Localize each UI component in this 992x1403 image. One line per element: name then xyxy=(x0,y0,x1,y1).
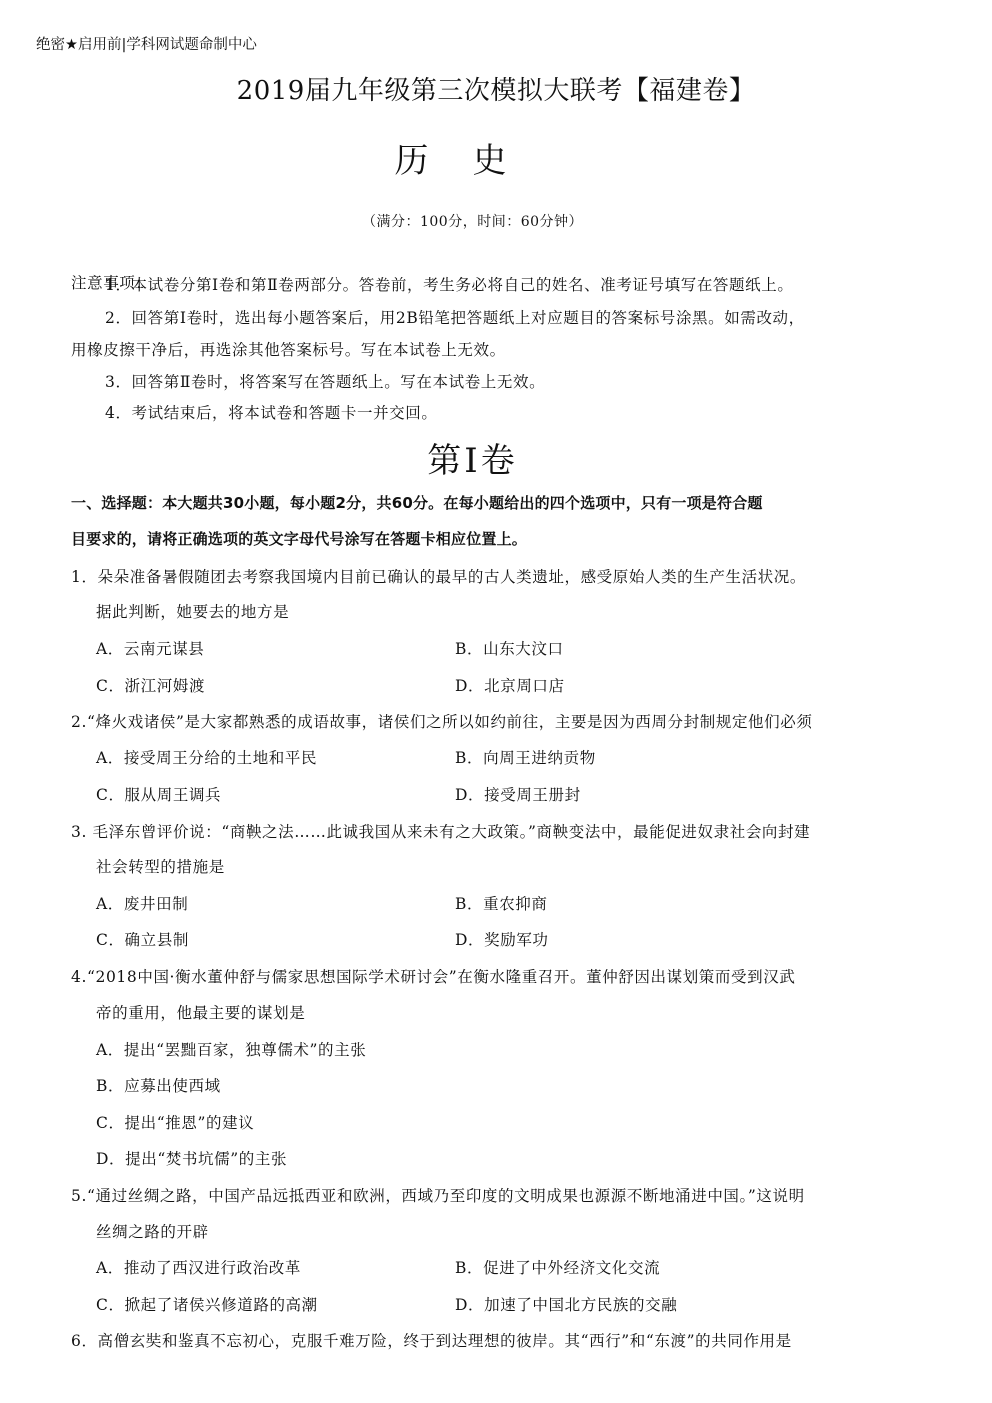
question-3-option-a[interactable]: A．废井田制 xyxy=(96,892,188,914)
question-3-stem: 3. 毛泽东曾评价说：“商鞅之法……此诚我国从来未有之大政策。”商鞅变法中，最能… xyxy=(71,820,810,842)
question-5-stem-cont: 丝绸之路的开辟 xyxy=(96,1220,209,1242)
question-4-option-a[interactable]: A．提出“罢黜百家，独尊儒术”的主张 xyxy=(96,1038,366,1060)
question-5-option-d[interactable]: D．加速了中国北方民族的交融 xyxy=(455,1293,677,1315)
subject-title: 历史 xyxy=(0,133,945,182)
question-5-option-c[interactable]: C．掀起了诸侯兴修道路的高潮 xyxy=(96,1293,318,1315)
question-2-option-d[interactable]: D．接受周王册封 xyxy=(455,783,581,805)
question-2-stem: 2.“烽火戏诸侯”是大家都熟悉的成语故事，诸侯们之所以如约前往，主要是因为西周分… xyxy=(71,710,812,732)
section-instruction-2: 目要求的，请将正确选项的英文字母代号涂写在答题卡相应位置上。 xyxy=(71,528,527,549)
notice-item-2: 2．回答第Ⅰ卷时，选出每小题答案后，用2B铅笔把答题纸上对应题目的答案标号涂黑。… xyxy=(105,306,805,328)
question-1-option-b[interactable]: B．山东大汶口 xyxy=(455,637,564,659)
question-4-option-b[interactable]: B．应募出使西域 xyxy=(96,1074,221,1096)
question-1-option-a[interactable]: A．云南元谋县 xyxy=(96,637,204,659)
question-5-option-b[interactable]: B．促进了中外经济文化交流 xyxy=(455,1256,660,1278)
question-1-option-d[interactable]: D．北京周口店 xyxy=(455,674,565,696)
question-2-option-c[interactable]: C．服从周王调兵 xyxy=(96,783,221,805)
question-5-stem: 5.“通过丝绸之路，中国产品远抵西亚和欧洲，西域乃至印度的文明成果也源源不断地涌… xyxy=(71,1184,805,1206)
section-instruction-1: 一、选择题：本大题共30小题，每小题2分，共60分。在每小题给出的四个选项中，只… xyxy=(71,492,763,513)
notice-item-3: 3．回答第Ⅱ卷时，将答案写在答题纸上。写在本试卷上无效。 xyxy=(105,370,545,392)
question-3-option-d[interactable]: D．奖励军功 xyxy=(455,928,549,950)
question-1-stem-cont: 据此判断，她要去的地方是 xyxy=(96,600,289,622)
section-title: 第Ⅰ卷 xyxy=(0,433,945,482)
question-3-stem-cont: 社会转型的措施是 xyxy=(96,855,225,877)
question-4-stem-cont: 帝的重用，他最主要的谋划是 xyxy=(96,1001,305,1023)
subject-text: 历史 xyxy=(395,141,551,181)
question-4-stem: 4.“2018中国·衡水董仲舒与儒家思想国际学术研讨会”在衡水隆重召开。董仲舒因… xyxy=(71,965,795,987)
question-3-option-c[interactable]: C．确立县制 xyxy=(96,928,189,950)
question-5-option-a[interactable]: A．推动了西汉进行政治改革 xyxy=(96,1256,301,1278)
question-4-option-c[interactable]: C．提出“推恩”的建议 xyxy=(96,1111,254,1133)
question-4-option-d[interactable]: D．提出“焚书坑儒”的主张 xyxy=(96,1147,287,1169)
notice-item-2-cont: 用橡皮擦干净后，再选涂其他答案标号。写在本试卷上无效。 xyxy=(71,338,506,360)
question-2-option-a[interactable]: A．接受周王分给的土地和平民 xyxy=(96,746,317,768)
question-1-stem: 1．朵朵准备暑假随团去考察我国境内目前已确认的最早的古人类遗址，感受原始人类的生… xyxy=(71,565,806,587)
question-3-option-b[interactable]: B．重农抑商 xyxy=(455,892,548,914)
notice-item-1: 1．本试卷分第Ⅰ卷和第Ⅱ卷两部分。答卷前，考生务必将自己的姓名、准考证号填写在答… xyxy=(105,273,793,295)
notice-item-4: 4．考试结束后，将本试卷和答题卡一并交回。 xyxy=(105,401,437,423)
exam-title: 2019届九年级第三次模拟大联考【福建卷】 xyxy=(0,70,992,107)
question-2-option-b[interactable]: B．向周王进纳贡物 xyxy=(455,746,596,768)
confidential-mark: 绝密★启用前|学科网试题命制中心 xyxy=(36,33,257,54)
question-6-stem: 6．高僧玄奘和鉴真不忘初心，克服千难万险，终于到达理想的彼岸。其“西行”和“东渡… xyxy=(71,1329,792,1351)
score-time-info: （满分：100分，时间：60分钟） xyxy=(0,211,945,231)
question-1-option-c[interactable]: C．浙江河姆渡 xyxy=(96,674,205,696)
